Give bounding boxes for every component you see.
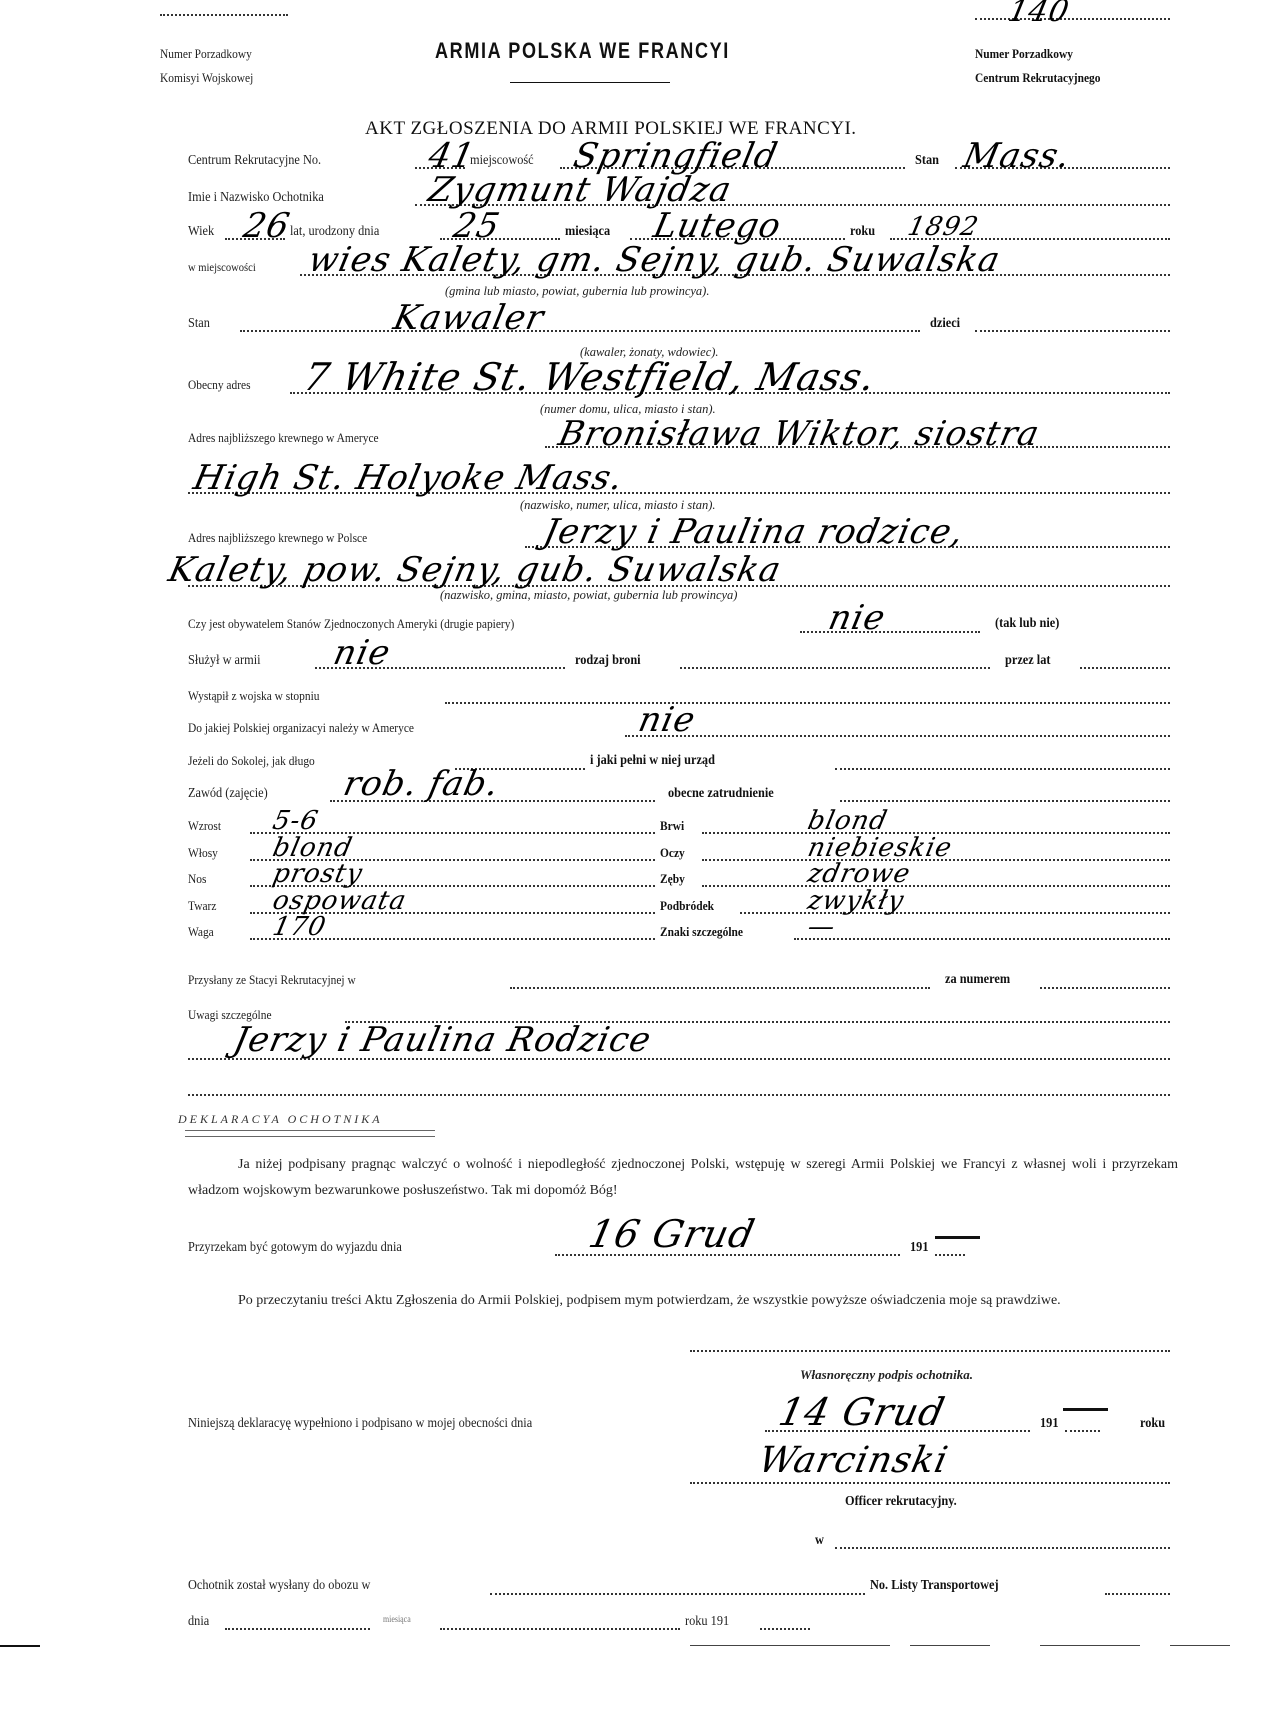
centrum-label: Centrum Rekrutacyjne No. [188, 153, 321, 169]
left-number-field-line [160, 14, 288, 16]
station-numer-label: za numerem [945, 972, 1010, 988]
marital-line [240, 330, 920, 332]
address-label: Obecny adres [188, 377, 251, 393]
scan-edge-mark [910, 1645, 990, 1646]
urzad-line [835, 768, 1170, 770]
sokol-label: Jeżeli do Sokolej, jak długo [188, 753, 315, 769]
physical-label: Włosy [188, 845, 218, 861]
marital-value: Kawaler [390, 298, 548, 338]
physical-value: blond [805, 806, 890, 836]
rodzaj-line [680, 667, 990, 669]
relative-us-label: Adres najbliższego krewnego w Ameryce [188, 430, 379, 446]
physical-label: Podbródek [660, 898, 714, 914]
birthplace-value: wies Kalety, gm. Sejny, gub. Suwalska [305, 240, 1004, 280]
officer-signature-line [690, 1482, 1170, 1484]
birthplace-label: w miejscowości [188, 260, 256, 275]
physical-value: niebieskie [805, 833, 955, 863]
scan-edge-mark [0, 1645, 40, 1647]
relative-us-value-1: Bronisława Wiktor, siostra [555, 414, 1043, 454]
remarks-line-3 [188, 1094, 1170, 1096]
physical-label: Waga [188, 924, 214, 940]
przez-label: przez lat [1005, 653, 1050, 669]
declaration-heading: DEKLARACYA OCHOTNIKA [178, 1112, 383, 1127]
left-number-label-2: Komisyi Wojskowej [160, 70, 253, 86]
birthplace-caption: (gmina lub miasto, powiat, gubernia lub … [445, 284, 709, 299]
rank-label: Wystąpił z wojska w stopniu [188, 688, 320, 704]
zawod-value: rob. fab. [340, 764, 503, 804]
document-title: ARMIA POLSKA WE FRANCYI [435, 38, 730, 64]
ready-label: Przyrzekam być gotowym do wyjazdu dnia [188, 1240, 402, 1256]
right-number-label-2: Centrum Rekrutacyjnego [975, 70, 1101, 86]
zatrudnienie-label: obecne zatrudnienie [668, 786, 774, 802]
footer-miesiaca-label: miesiąca [383, 1614, 411, 1624]
urzad-label: i jaki pełni w niej urząd [590, 753, 715, 769]
relative-pl-caption: (nazwisko, gmina, miasto, powiat, gubern… [440, 588, 737, 603]
rank-line [445, 702, 1170, 704]
served-value: nie [330, 633, 394, 673]
miesiaca-label: miesiąca [565, 224, 610, 240]
przez-line [1080, 667, 1170, 669]
zatrudnienie-line [840, 800, 1170, 802]
physical-label: Brwi [660, 818, 684, 834]
served-label: Służył w armii [188, 653, 261, 669]
physical-label: Oczy [660, 845, 685, 861]
physical-value: zwykły [805, 886, 907, 916]
miejscowosc-label: miejscowość [470, 153, 534, 169]
ready-year-prefix: 191 [910, 1240, 928, 1256]
relative-us-value-2: High St. Holyoke Mass. [190, 458, 627, 498]
footer-roku-label: roku 191 [685, 1614, 729, 1630]
name-label: Imie i Nazwisko Ochotnika [188, 190, 324, 206]
physical-line [702, 885, 1170, 887]
footer-miesiaca-line [440, 1628, 680, 1630]
remarks-value: Jerzy i Paulina Rodzice [230, 1020, 655, 1060]
station-label: Przysłany ze Stacyi Rekrutacyjnej w [188, 972, 356, 988]
rodzaj-label: rodzaj broni [575, 653, 641, 669]
org-line [625, 735, 1170, 737]
declaration-rule-2 [185, 1136, 435, 1137]
volunteer-signature-caption: Własnoręczny podpis ochotnika. [800, 1367, 973, 1383]
relative-pl-value-1: Jerzy i Paulina rodzice, [540, 512, 968, 552]
physical-value: 170 [270, 912, 329, 942]
volunteer-signature-line [690, 1350, 1170, 1352]
declaration-rule-1 [185, 1130, 435, 1131]
roku-label: roku [850, 224, 875, 240]
physical-value: blond [270, 833, 355, 863]
wiek-label: Wiek [188, 224, 214, 240]
ready-year-stroke [935, 1236, 980, 1239]
name-value: Zygmunt Wajdza [425, 170, 735, 210]
scan-edge-mark [690, 1645, 890, 1646]
transport-line [1105, 1593, 1170, 1595]
birthdate-label: lat, urodzony dnia [290, 224, 379, 240]
footer-roku-line [760, 1628, 810, 1630]
org-value: nie [635, 700, 699, 740]
confirm-paragraph: Po przeczytaniu treści Aktu Zgłoszenia d… [188, 1288, 1178, 1314]
officer-signature: Warcinski [755, 1440, 952, 1481]
camp-line [490, 1593, 865, 1595]
right-number-label-1: Numer Porzadkowy [975, 46, 1073, 62]
footer-dnia-label: dnia [188, 1614, 209, 1630]
year-value: 1892 [905, 212, 982, 242]
physical-label: Nos [188, 871, 206, 887]
right-number-field-line [975, 18, 1170, 20]
officer-caption: Officer rekrutacyjny. [845, 1494, 957, 1510]
citizen-value: nie [825, 598, 889, 638]
transport-label: No. Listy Transportowej [870, 1578, 999, 1594]
dzieci-label: dzieci [930, 316, 960, 332]
wiek-value: 26 [240, 206, 294, 246]
physical-value: zdrowe [805, 859, 913, 889]
physical-value: ospowata [270, 886, 409, 916]
declaration-paragraph: Ja niżej podpisany pragnąc walczyć o wol… [188, 1152, 1178, 1204]
officer-location-label: w [815, 1533, 824, 1549]
title-underline [510, 82, 670, 83]
dzieci-line [975, 330, 1170, 332]
relative-us-caption: (nazwisko, numer, ulica, miasto i stan). [520, 498, 715, 513]
relative-pl-label: Adres najbliższego krewnego w Polsce [188, 530, 367, 546]
footer-dnia-line [225, 1628, 370, 1630]
physical-value: 5-6 [270, 806, 321, 836]
physical-line [794, 938, 1170, 940]
officer-location-line [835, 1547, 1170, 1549]
physical-label: Zęby [660, 871, 685, 887]
relative-pl-value-2: Kalety, pow. Sejny, gub. Suwalska [165, 550, 785, 590]
camp-label: Ochotnik został wysłany do obozu w [188, 1578, 370, 1594]
left-number-label-1: Numer Porzadkowy [160, 46, 252, 62]
citizen-label: Czy jest obywatelem Stanów Zjednoczonych… [188, 616, 514, 632]
witness-year-stroke [1063, 1408, 1108, 1411]
zawod-label: Zawód (zajęcie) [188, 786, 268, 802]
witness-year-prefix: 191 [1040, 1416, 1058, 1432]
org-label: Do jakiej Polskiej organizacyi należy w … [188, 720, 414, 736]
physical-label: Wzrost [188, 818, 221, 834]
stan-label: Stan [915, 153, 939, 169]
station-numer-line [1040, 987, 1170, 989]
citizen-hint: (tak lub nie) [995, 616, 1059, 632]
stan-value: Mass. [960, 136, 1074, 176]
physical-value: prosty [270, 859, 366, 889]
station-line [510, 987, 930, 989]
ready-year-line [935, 1254, 965, 1256]
witness-year-line [1065, 1430, 1100, 1432]
address-value: 7 White St. Westfield, Mass. [300, 355, 880, 399]
witness-value: 14 Grud [775, 1390, 949, 1434]
scan-edge-mark [1040, 1645, 1140, 1646]
witness-label: Niniejszą deklaracyę wypełniono i podpis… [188, 1416, 532, 1432]
ready-value: 16 Grud [585, 1212, 759, 1256]
witness-roku-label: roku [1140, 1416, 1165, 1432]
scan-edge-mark [1170, 1645, 1230, 1646]
physical-label: Twarz [188, 898, 216, 914]
physical-label: Znaki szczególne [660, 924, 743, 940]
marital-label: Stan [188, 316, 210, 332]
right-number-value: 140 [1005, 0, 1073, 29]
